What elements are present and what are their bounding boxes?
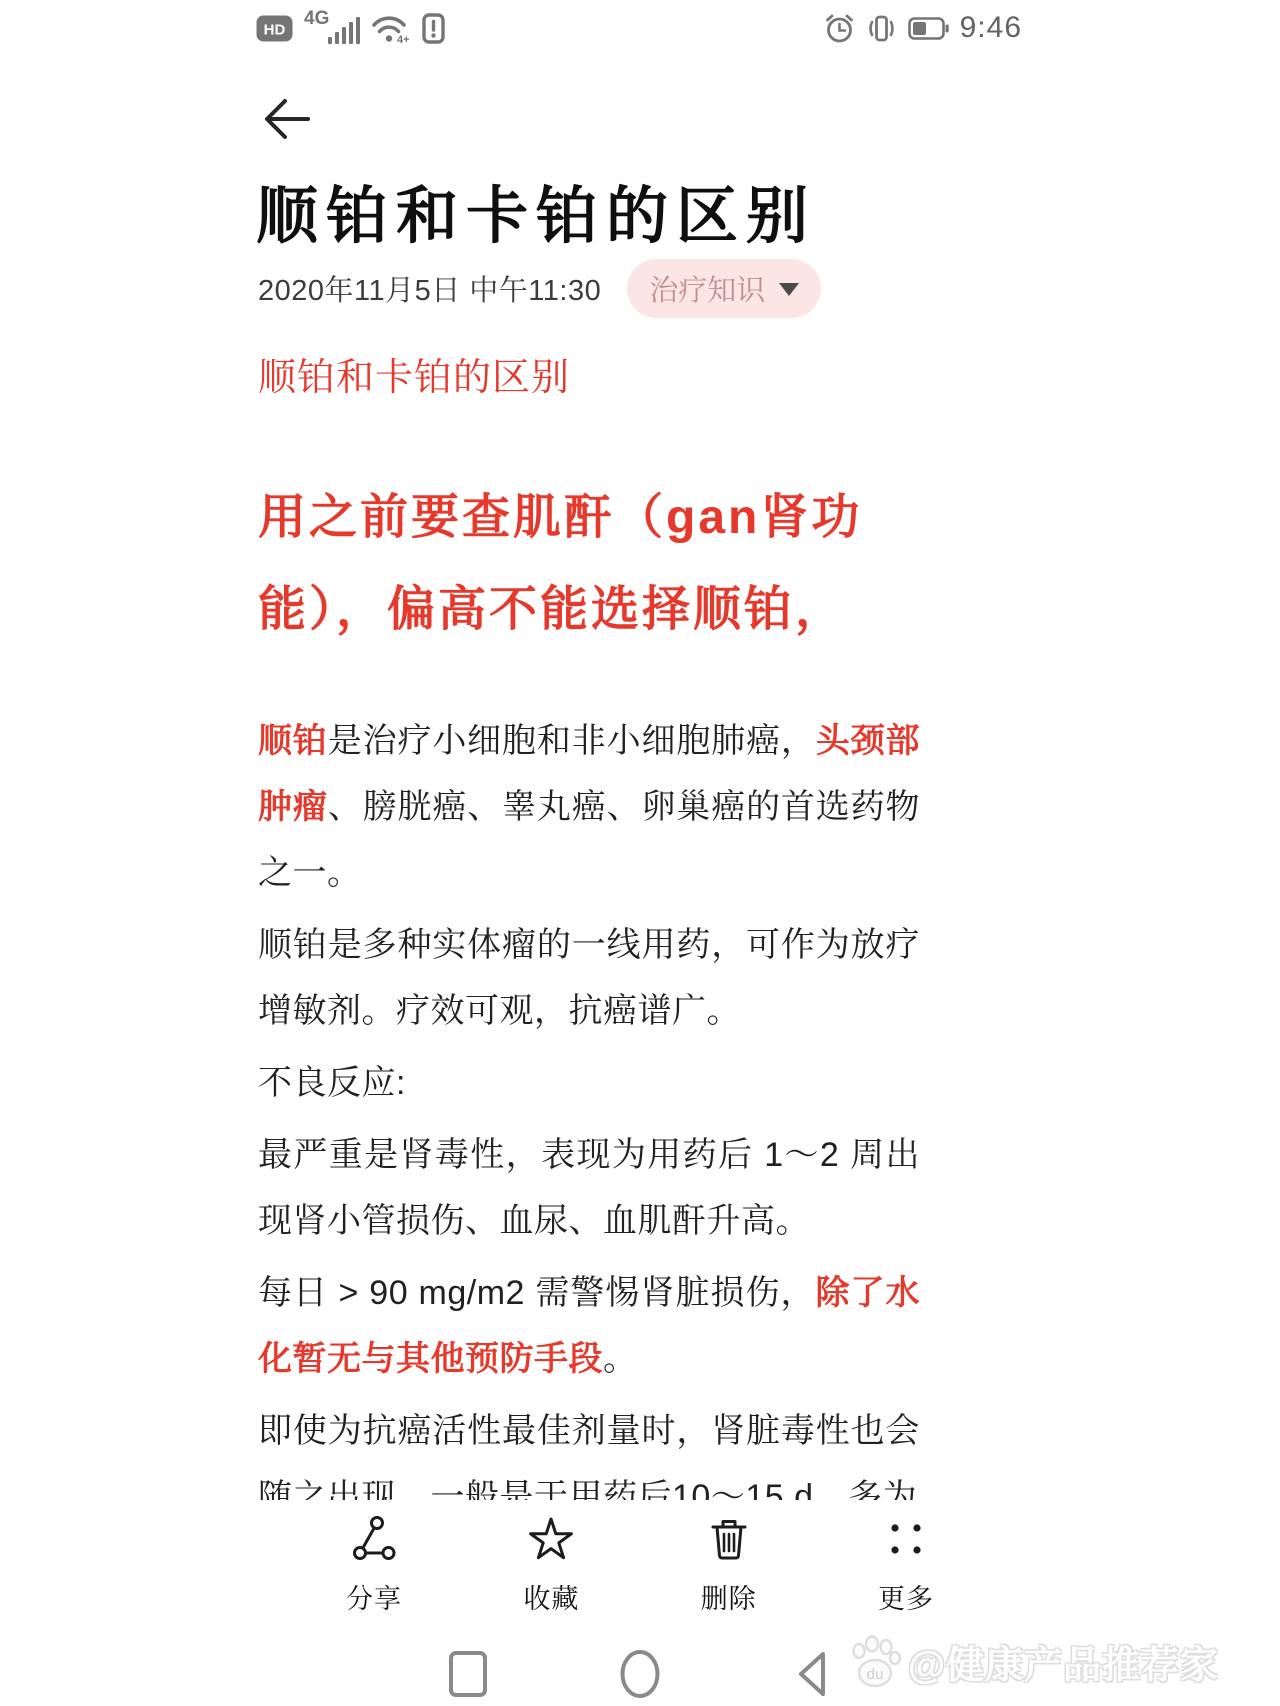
clock-time: 9:46 xyxy=(960,11,1022,45)
article-heading: 用之前要查肌酐（gan肾功 能），偏高不能选择顺铂， xyxy=(258,472,948,656)
hd-badge-icon: HD xyxy=(256,15,293,42)
alarm-clock-icon xyxy=(824,13,855,44)
trash-icon xyxy=(705,1514,753,1562)
baidu-paw-icon: du xyxy=(846,1635,904,1689)
body-text: 是治疗小细胞和非小细胞肺癌， xyxy=(328,722,816,760)
recents-button[interactable] xyxy=(442,1648,494,1700)
status-bar: HD 4G 4+ xyxy=(256,8,1022,48)
heading-line: 能），偏高不能选择顺铂， xyxy=(258,564,948,656)
body-text: 、膀胱癌、睾丸癌、卵巢癌的首选药物之一。 xyxy=(258,788,920,892)
share-label: 分享 xyxy=(346,1577,402,1616)
more-icon xyxy=(882,1514,930,1562)
share-icon xyxy=(350,1514,398,1562)
sim-alert-icon xyxy=(422,13,445,44)
signal-strength-icon xyxy=(328,16,360,44)
note-date: 2020年11月5日 中午11:30 xyxy=(258,268,601,309)
favorite-label: 收藏 xyxy=(523,1577,579,1616)
watermark-text: @健康产品推荐家 xyxy=(908,1634,1219,1689)
category-tag-label: 治疗知识 xyxy=(649,268,765,309)
paragraph: 最严重是肾毒性，表现为用药后 1～2 周出现肾小管损伤、血尿、血肌酐升高。 xyxy=(258,1122,920,1254)
favorite-button[interactable]: 收藏 xyxy=(503,1514,599,1616)
wifi-icon: 4+ xyxy=(371,12,411,44)
page-title: 顺铂和卡铂的区别 xyxy=(256,166,816,255)
paragraph: 顺铂是治疗小细胞和非小细胞肺癌，头颈部肿瘤、膀胱癌、睾丸癌、卵巢癌的首选药物之一… xyxy=(258,708,920,906)
delete-button[interactable]: 删除 xyxy=(681,1514,777,1616)
heading-line: 用之前要查肌酐（gan肾功 xyxy=(258,472,948,564)
network-type-label: 4G xyxy=(304,8,329,30)
recents-square-icon xyxy=(446,1648,490,1700)
more-label: 更多 xyxy=(878,1577,934,1616)
highlight-text: 顺铂 xyxy=(258,722,328,760)
back-triangle-icon xyxy=(792,1648,832,1700)
star-icon xyxy=(527,1514,575,1562)
toolbar-items: 分享 收藏 删除 xyxy=(326,1514,954,1616)
home-button[interactable] xyxy=(614,1648,666,1700)
bottom-toolbar: 分享 收藏 删除 xyxy=(0,1500,1280,1646)
body-text: 最严重是肾毒性，表现为用药后 1～2 周出现肾小管损伤、血尿、血肌酐升高。 xyxy=(258,1136,920,1240)
body-text: 。 xyxy=(603,1340,638,1378)
more-button[interactable]: 更多 xyxy=(858,1514,954,1616)
delete-label: 删除 xyxy=(701,1577,757,1616)
back-nav-button[interactable] xyxy=(786,1648,838,1700)
battery-icon xyxy=(908,17,949,40)
screen: HD 4G 4+ xyxy=(0,0,1280,1706)
status-bar-right: 9:46 xyxy=(824,11,1022,45)
wifi-badge-label: 4+ xyxy=(397,34,410,44)
meta-row: 2020年11月5日 中午11:30 治疗知识 xyxy=(258,260,821,316)
vibrate-mode-icon xyxy=(866,13,897,44)
watermark: du @健康产品推荐家 xyxy=(846,1634,1219,1689)
status-bar-left: HD 4G 4+ xyxy=(256,10,445,46)
caret-down-icon xyxy=(779,283,799,296)
paragraph: 不良反应: xyxy=(258,1050,920,1116)
article-body: 顺铂是治疗小细胞和非小细胞肺癌，头颈部肿瘤、膀胱癌、睾丸癌、卵巢癌的首选药物之一… xyxy=(258,708,920,1536)
share-button[interactable]: 分享 xyxy=(326,1514,422,1616)
hd-badge-label: HD xyxy=(264,21,286,38)
back-button[interactable] xyxy=(258,90,316,148)
paragraph: 每日 > 90 mg/m2 需警惕肾脏损伤，除了水化暂无与其他预防手段。 xyxy=(258,1260,920,1392)
body-text: 顺铂是多种实体瘤的一线用药，可作为放疗增敏剂。疗效可观，抗癌谱广。 xyxy=(258,926,920,1030)
back-arrow-icon xyxy=(258,90,316,148)
network-indicator: 4G xyxy=(304,10,360,46)
paragraph: 顺铂是多种实体瘤的一线用药，可作为放疗增敏剂。疗效可观，抗癌谱广。 xyxy=(258,912,920,1044)
category-tag[interactable]: 治疗知识 xyxy=(627,259,821,318)
body-text: 不良反应: xyxy=(258,1064,406,1102)
article-subtitle: 顺铂和卡铂的区别 xyxy=(258,346,570,401)
home-circle-icon xyxy=(618,1647,662,1701)
body-text: 每日 > 90 mg/m2 需警惕肾脏损伤， xyxy=(258,1274,815,1312)
baidu-du-label: du xyxy=(867,1666,884,1683)
